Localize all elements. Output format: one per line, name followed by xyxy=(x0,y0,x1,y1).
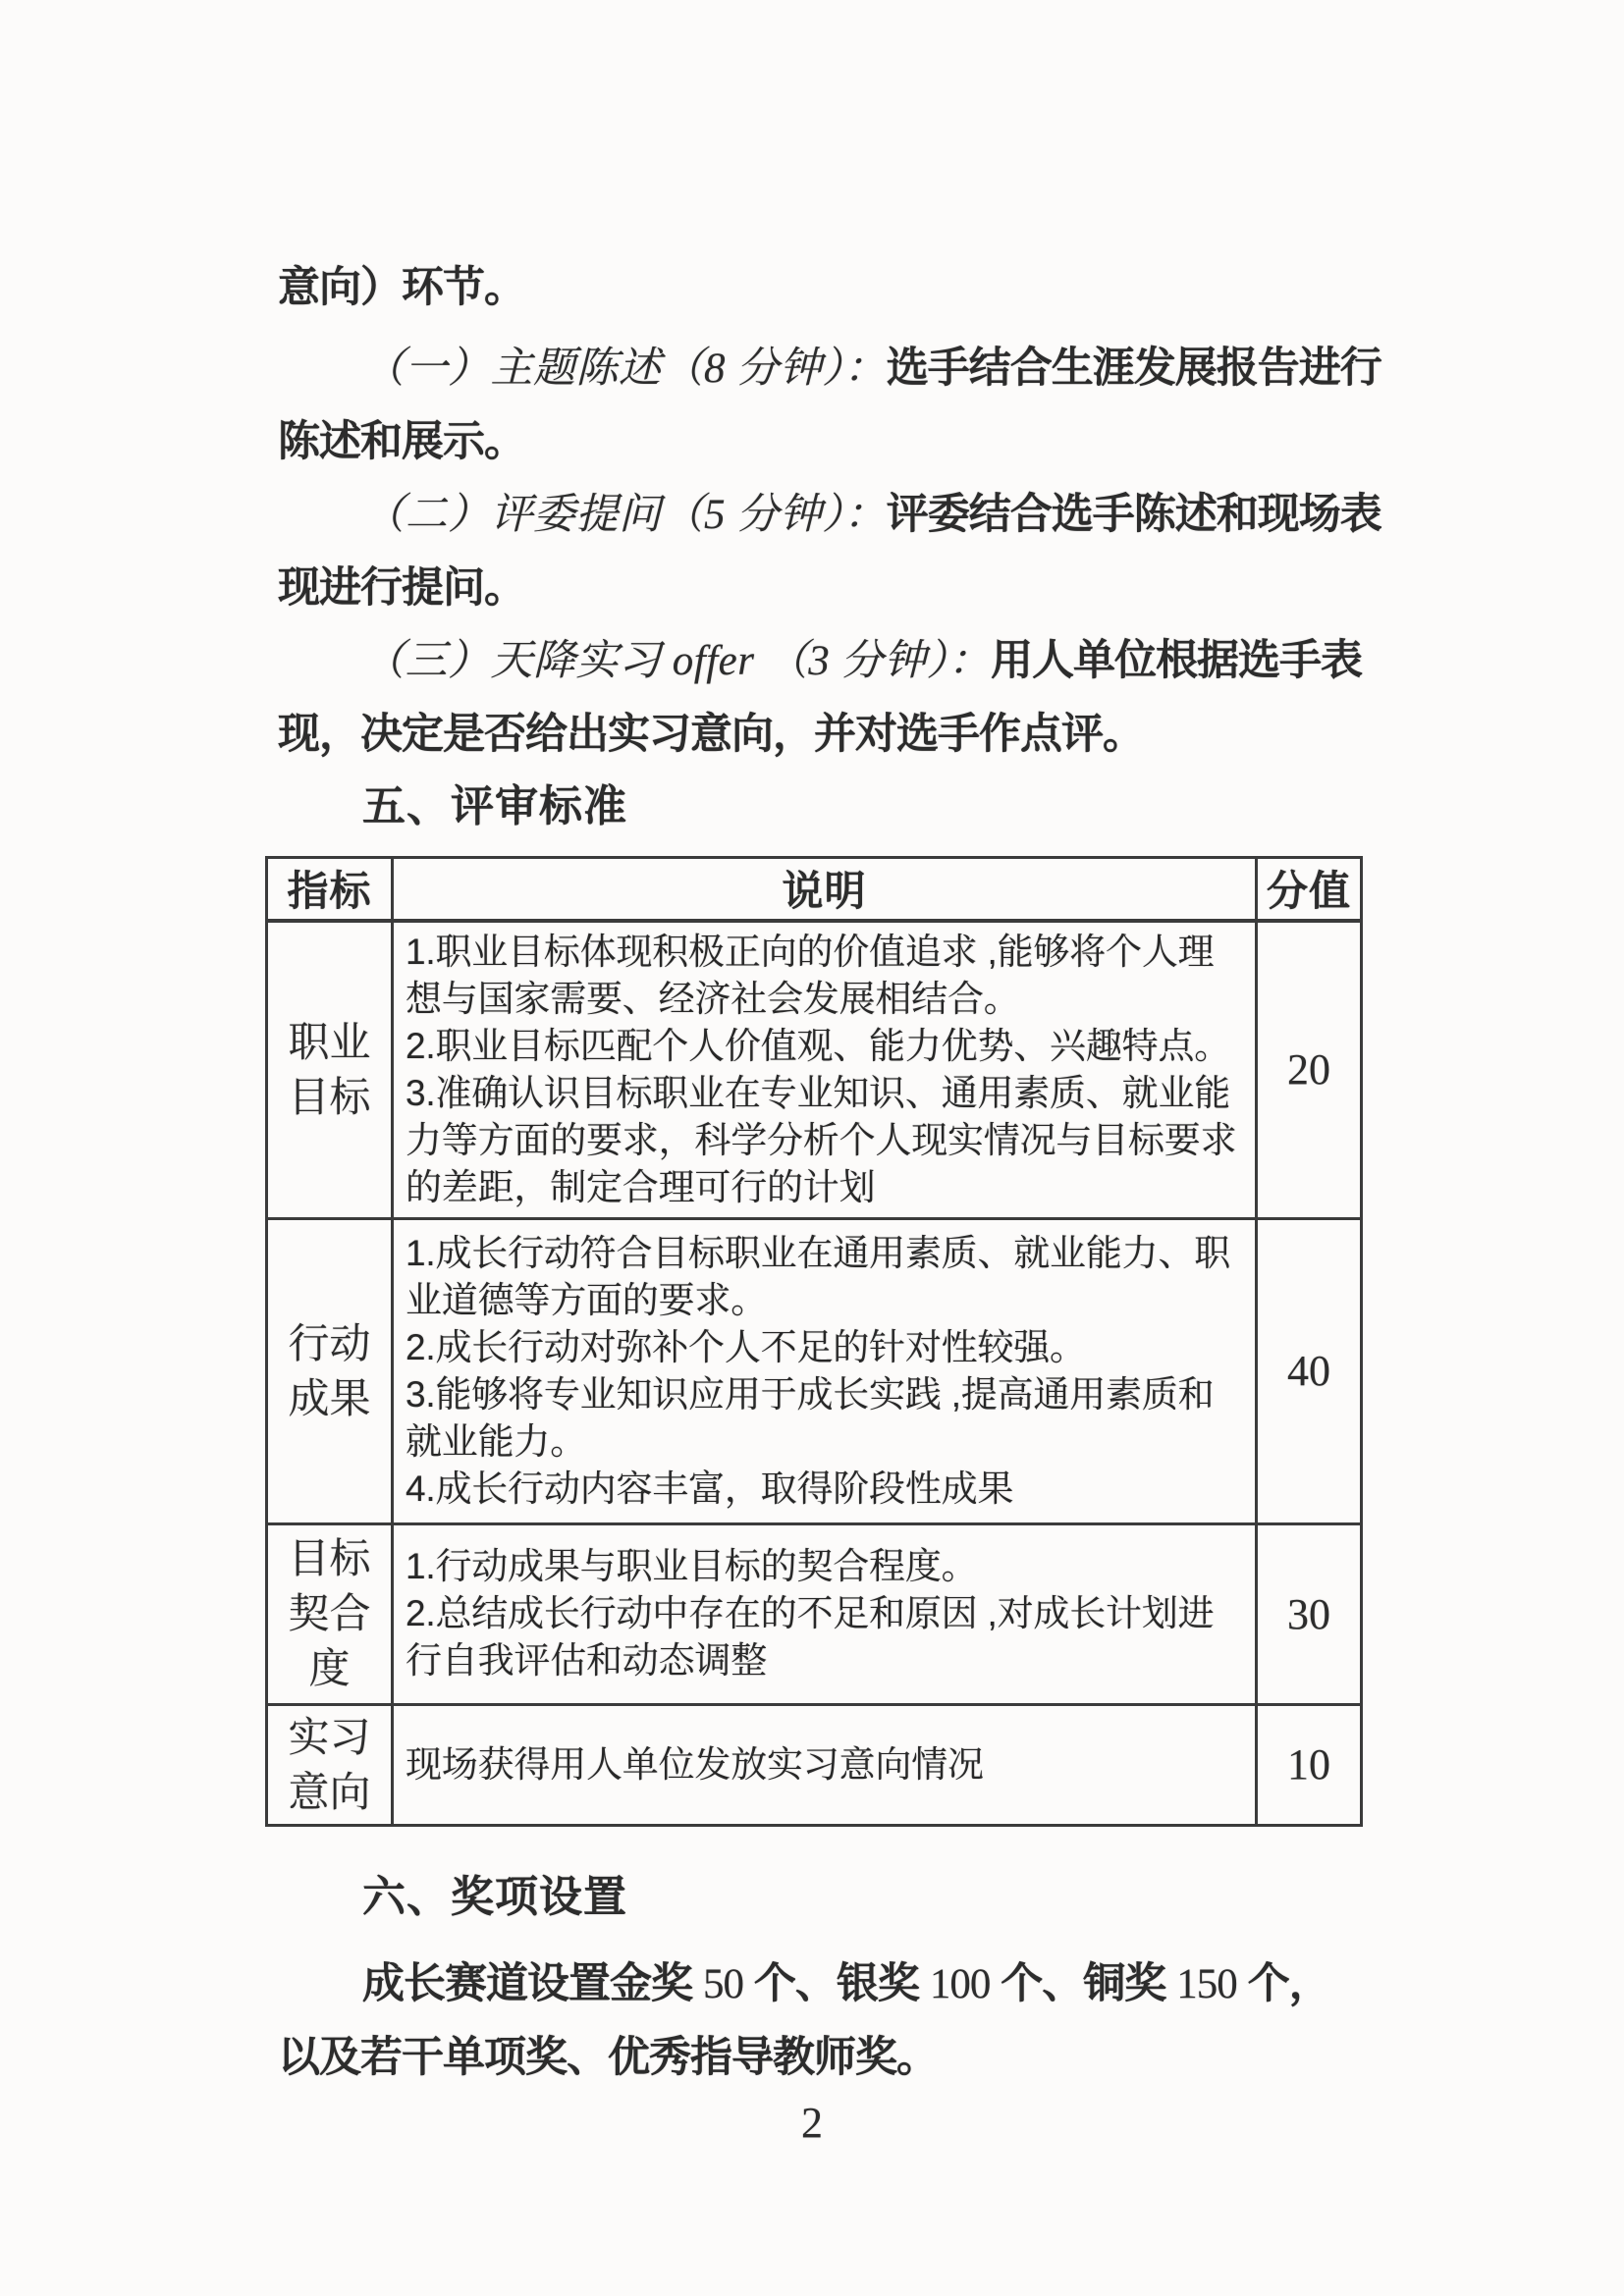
header-cell-indicator: 指标 xyxy=(267,858,393,921)
description-cell: 现场获得用人单位发放实习意向情况 xyxy=(393,1704,1257,1825)
document-page: 意向）环节。 （一）主题陈述（8 分钟）：选手结合生涯发展报告进行 陈述和展示。… xyxy=(0,0,1624,2296)
awards-text: 个， xyxy=(1237,1960,1330,2007)
item-2-line-2: 现进行提问。 xyxy=(278,552,1457,624)
table-row-internship-intent: 实习意向 现场获得用人单位发放实习意向情况 10 xyxy=(267,1704,1362,1825)
score-cell: 30 xyxy=(1257,1523,1362,1704)
table-row-growth-actions: 行动成果 1.成长行动符合目标职业在通用素质、就业能力、职业道德等方面的要求。 … xyxy=(267,1218,1362,1523)
indicator-cell: 职业目标 xyxy=(267,921,393,1219)
criteria-table: 指标 说明 分值 职业目标 1.职业目标体现积极正向的价值追求 ,能够将个人理想… xyxy=(265,856,1363,1827)
page-content: 意向）环节。 （一）主题陈述（8 分钟）：选手结合生涯发展报告进行 陈述和展示。… xyxy=(0,0,1624,2145)
desc-item: 1.行动成果与职业目标的契合程度。 xyxy=(406,1543,1245,1590)
item-2-line-1: （二）评委提问（5 分钟）：评委结合选手陈述和现场表 xyxy=(278,478,1457,552)
desc-item: 2.职业目标匹配个人价值观、能力优势、兴趣特点。 xyxy=(406,1023,1245,1070)
description-cell: 1.成长行动符合目标职业在通用素质、就业能力、职业道德等方面的要求。 2.成长行… xyxy=(393,1218,1257,1523)
section-5-heading: 五、评审标准 xyxy=(278,771,1457,843)
page-number: 2 xyxy=(278,2102,1457,2145)
table-header-row: 指标 说明 分值 xyxy=(267,858,1362,921)
indicator-cell: 目标契合度 xyxy=(267,1523,393,1704)
bronze-award-count: 150 xyxy=(1176,1961,1237,2007)
item-3-line-1: （三）天降实习 offer （3 分钟）：用人单位根据选手表 xyxy=(278,624,1457,698)
item-2-text: 评委结合选手陈述和现场表 xyxy=(887,491,1381,538)
desc-item: 2.总结成长行动中存在的不足和原因 ,对成长计划进行自我评估和动态调整 xyxy=(406,1590,1245,1684)
awards-text: 个、银奖 xyxy=(743,1960,930,2007)
item-2-label: （二）评委提问（5 分钟）： xyxy=(362,492,887,538)
item-1-line-2: 陈述和展示。 xyxy=(278,405,1457,478)
desc-item: 2.成长行动对弥补个人不足的针对性较强。 xyxy=(406,1324,1245,1371)
table-row-career-goal: 职业目标 1.职业目标体现积极正向的价值追求 ,能够将个人理想与国家需要、经济社… xyxy=(267,921,1362,1219)
header-cell-description: 说明 xyxy=(393,858,1257,921)
score-cell: 40 xyxy=(1257,1218,1362,1523)
awards-line-1: 成长赛道设置金奖 50 个、银奖 100 个、铜奖 150 个， xyxy=(278,1948,1457,2021)
gold-award-count: 50 xyxy=(703,1961,743,2007)
desc-item: 1.成长行动符合目标职业在通用素质、就业能力、职业道德等方面的要求。 xyxy=(406,1230,1245,1324)
score-cell: 10 xyxy=(1257,1704,1362,1825)
silver-award-count: 100 xyxy=(930,1961,991,2007)
awards-text: 个、铜奖 xyxy=(990,1960,1176,2007)
score-cell: 20 xyxy=(1257,921,1362,1219)
desc-item: 4.成长行动内容丰富，取得阶段性成果 xyxy=(406,1466,1245,1513)
item-1-label: （一）主题陈述（8 分钟）： xyxy=(362,346,887,392)
description-cell: 1.行动成果与职业目标的契合程度。 2.总结成长行动中存在的不足和原因 ,对成长… xyxy=(393,1523,1257,1704)
item-3-label: （三）天降实习 offer （3 分钟）： xyxy=(362,638,991,684)
item-3-line-2: 现，决定是否给出实习意向，并对选手作点评。 xyxy=(278,698,1457,771)
section-6-heading: 六、奖项设置 xyxy=(278,1861,1457,1934)
desc-item: 3.能够将专业知识应用于成长实践 ,提高通用素质和就业能力。 xyxy=(406,1371,1245,1466)
header-cell-score: 分值 xyxy=(1257,858,1362,921)
awards-text: 成长赛道设置金奖 xyxy=(362,1960,703,2007)
description-cell: 1.职业目标体现积极正向的价值追求 ,能够将个人理想与国家需要、经济社会发展相结… xyxy=(393,921,1257,1219)
item-3-text: 用人单位根据选手表 xyxy=(991,637,1362,684)
table-row-goal-fit: 目标契合度 1.行动成果与职业目标的契合程度。 2.总结成长行动中存在的不足和原… xyxy=(267,1523,1362,1704)
indicator-cell: 行动成果 xyxy=(267,1218,393,1523)
indicator-cell: 实习意向 xyxy=(267,1704,393,1825)
desc-item: 现场获得用人单位发放实习意向情况 xyxy=(406,1741,1245,1789)
awards-line-2: 以及若干单项奖、优秀指导教师奖。 xyxy=(278,2021,1457,2094)
item-1-text: 选手结合生涯发展报告进行 xyxy=(887,345,1381,392)
item-1-line-1: （一）主题陈述（8 分钟）：选手结合生涯发展报告进行 xyxy=(278,332,1457,405)
desc-item: 3.准确认识目标职业在专业知识、通用素质、就业能力等方面的要求，科学分析个人现实… xyxy=(406,1070,1245,1211)
lead-line: 意向）环节。 xyxy=(278,251,1457,324)
desc-item: 1.职业目标体现积极正向的价值追求 ,能够将个人理想与国家需要、经济社会发展相结… xyxy=(406,929,1245,1023)
